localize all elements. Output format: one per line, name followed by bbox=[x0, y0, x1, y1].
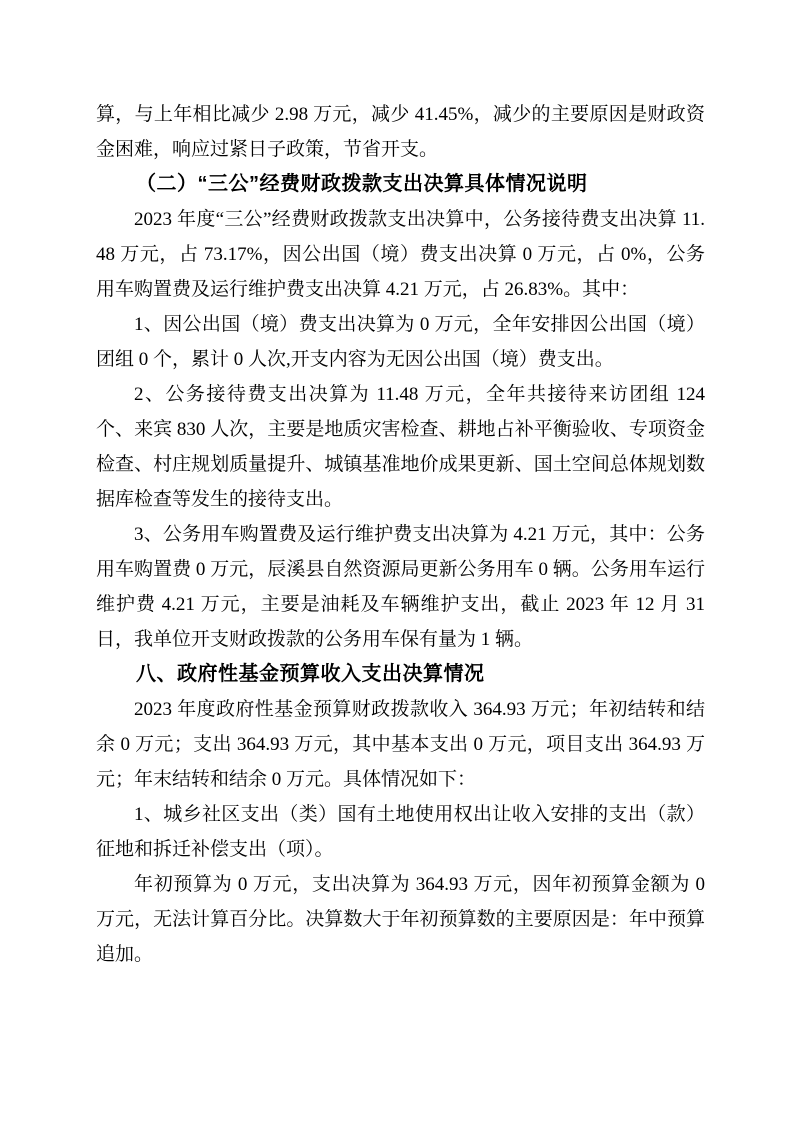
paragraph-fund-item: 1、城乡社区支出（类）国有土地使用权出让收入安排的支出（款）征地和拆迁补偿支出（… bbox=[96, 797, 705, 867]
paragraph-reception-expense: 2、公务接待费支出决算为 11.48 万元，全年共接待来访团组 124 个、来宾… bbox=[96, 377, 705, 517]
paragraph-fund-overview: 2023 年度政府性基金预算财政拨款收入 364.93 万元；年初结转和结余 0… bbox=[96, 692, 705, 797]
paragraph-fund-budget-note: 年初预算为 0 万元，支出决算为 364.93 万元，因年初预算金额为 0 万元… bbox=[96, 867, 705, 972]
paragraph-abroad-expense: 1、因公出国（境）费支出决算为 0 万元，全年安排因公出国（境）团组 0 个，累… bbox=[96, 307, 705, 377]
heading-sangong-detail: （二）“三公”经费财政拨款支出决算具体情况说明 bbox=[96, 167, 705, 202]
heading-government-fund: 八、政府性基金预算收入支出决算情况 bbox=[96, 657, 705, 692]
paragraph-vehicle-expense: 3、公务用车购置费及运行维护费支出决算为 4.21 万元，其中：公务用车购置费 … bbox=[96, 517, 705, 657]
document-page: 算，与上年相比减少 2.98 万元，减少 41.45%，减少的主要原因是财政资金… bbox=[0, 0, 793, 1122]
paragraph-carryover: 算，与上年相比减少 2.98 万元，减少 41.45%，减少的主要原因是财政资金… bbox=[96, 97, 705, 167]
paragraph-sangong-overview: 2023 年度“三公”经费财政拨款支出决算中，公务接待费支出决算 11.48 万… bbox=[96, 202, 705, 307]
